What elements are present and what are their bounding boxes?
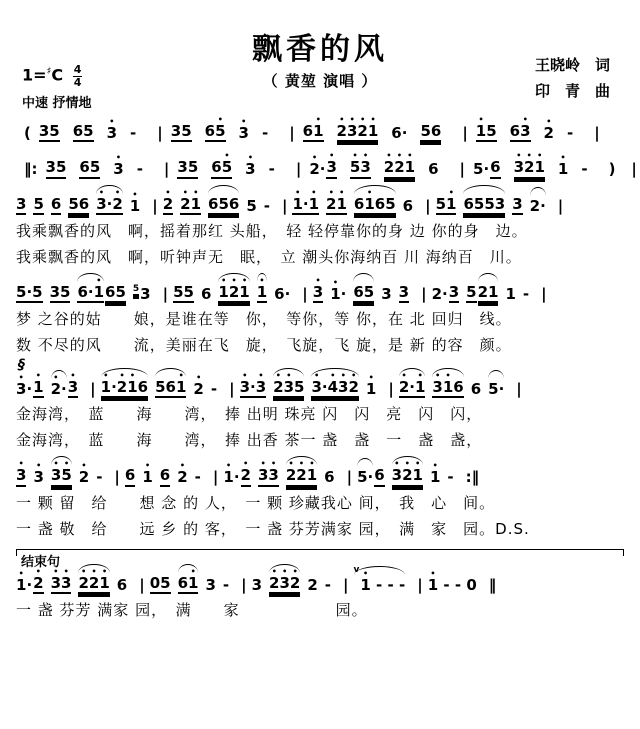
note-group: •-	[325, 570, 331, 594]
note-group: •6	[374, 460, 384, 486]
note-group: •5•6•1	[155, 372, 186, 398]
note-glyph: 1	[313, 123, 323, 140]
note-group: •2•2•1	[78, 568, 109, 594]
note-glyph: 6	[77, 284, 87, 301]
note-glyph: 3	[177, 159, 187, 176]
barline: •|	[558, 191, 563, 215]
note-glyph: 5	[33, 196, 43, 213]
note-glyph: 3	[495, 196, 505, 213]
barline: •|	[425, 191, 430, 215]
note-group: •-	[96, 462, 102, 486]
note-glyph: 6	[354, 196, 364, 213]
note-group: •2•3•2	[269, 568, 300, 594]
note-group: •-	[137, 154, 143, 178]
note-glyph: |	[296, 161, 301, 178]
notes-line: •3•3•3•5•2•-•|•6•1•6•2•-•|•1•·•2•3•3•2•2…	[16, 460, 624, 486]
note-glyph: 2	[33, 575, 43, 592]
note-glyph: 3	[96, 196, 106, 213]
note-glyph: 6	[117, 577, 127, 594]
note-glyph: 5	[16, 284, 26, 301]
note-glyph: 3	[140, 286, 150, 303]
note-glyph: -	[211, 381, 217, 398]
note-glyph: |	[347, 469, 352, 486]
note-glyph: 6	[229, 196, 239, 213]
note-glyph: 5	[215, 123, 225, 140]
note-glyph: 2	[180, 196, 190, 213]
note-group: •5	[246, 191, 256, 215]
note-glyph: 6	[403, 198, 413, 215]
note-group: •3•2•1	[392, 460, 423, 486]
note-glyph: ·	[61, 381, 67, 398]
note-group: •5•1	[436, 189, 457, 215]
note-glyph: 2	[177, 469, 187, 486]
barline: •|	[229, 374, 234, 398]
note-glyph: 0	[466, 577, 476, 594]
note-group: •1	[505, 279, 515, 303]
note-glyph: |	[516, 381, 521, 398]
header: 飘香的风 （ 黄堃 演唱 ） 王晓岭 词 印 青 曲 1=♯C 4 4 中速 抒…	[0, 0, 640, 114]
note-group: •5•·	[488, 374, 504, 398]
note-glyph: 6	[453, 379, 463, 396]
note-group: •5•6	[420, 116, 441, 142]
note-glyph: 6	[205, 123, 215, 140]
note-group: •6	[490, 152, 500, 178]
note-glyph: |	[163, 286, 168, 303]
note-glyph: 1	[505, 286, 515, 303]
barline: •|	[289, 118, 294, 142]
note-glyph: 6	[201, 286, 211, 303]
note-group: •2	[193, 374, 203, 398]
note-group: •6•5•5•3	[463, 189, 505, 215]
note-group: •-	[581, 154, 587, 178]
note-glyph: 1	[292, 196, 302, 213]
lyric-line: 一 颗 留 给 想 念 的 人， 一 颗 珍藏我心 间， 我 心 间。	[16, 492, 624, 513]
note-group: •1•·•1	[292, 189, 319, 215]
note-glyph: 3	[240, 379, 250, 396]
barline: •|	[157, 118, 162, 142]
note-group: •6•3	[510, 116, 531, 142]
note-group: •3	[205, 570, 215, 594]
notes-line: •5•·•5•3•5•6•·•1•6•5•5•3•|•5•5•6•1•2•1•1…	[16, 277, 624, 303]
grace-note: •5	[133, 278, 139, 296]
note-group: v•1• •-• •-• •-	[354, 570, 406, 594]
note-glyph: 2	[117, 379, 127, 396]
note-group: •3•·•4•3•2	[311, 372, 358, 398]
note-group: •6•5	[105, 277, 126, 303]
note-group: •2	[241, 460, 251, 486]
note-glyph: |	[460, 161, 465, 178]
note-group: •2	[163, 189, 173, 215]
note-group: •-	[264, 191, 270, 215]
note-glyph: 3	[113, 161, 123, 178]
note-glyph: 1	[405, 159, 415, 176]
note-group: •2•·	[309, 154, 325, 178]
note-glyph: |	[164, 161, 169, 178]
note-group: •6	[428, 154, 438, 178]
note-glyph: 5	[56, 159, 66, 176]
note-group: •1•2•1	[218, 277, 249, 303]
note-glyph: -	[137, 161, 143, 178]
barline: •(	[24, 118, 31, 142]
barline: •:•‖	[466, 462, 480, 486]
note-glyph: 3	[347, 123, 357, 140]
note-glyph: -	[325, 577, 331, 594]
note-glyph: 6	[208, 196, 218, 213]
note-glyph: 5	[420, 123, 430, 140]
music-system: §•3•·•1•2•·•3•|•1•·•2•1•6•5•6•1•2•-•|•3•…	[16, 372, 624, 450]
breath-mark-icon: v	[354, 565, 360, 575]
note-glyph: 1	[534, 159, 544, 176]
barline: •|	[90, 374, 95, 398]
barline: •‖•:	[24, 154, 38, 178]
note-glyph: 3	[16, 196, 26, 213]
note-glyph: 3	[311, 379, 321, 396]
note-glyph: 3	[279, 575, 289, 592]
note-glyph: 1	[101, 379, 111, 396]
note-group: •2•1	[326, 189, 347, 215]
note-glyph: 2	[402, 467, 412, 484]
note-glyph: 2	[79, 469, 89, 486]
note-glyph: 6	[79, 159, 89, 176]
note-glyph: 1	[428, 577, 438, 594]
lyric-line: 金海湾， 蓝 海 湾， 捧 出香 茶一 盏 盏 一 盏 盏，	[16, 429, 624, 450]
note-glyph: 3	[360, 159, 370, 176]
music-system: •‖•:•3•5•6•5•3•-•|•3•5•6•5•3•-•|•2•·•3•5…	[16, 152, 624, 178]
note-glyph: 1	[364, 196, 374, 213]
note-glyph: 3	[205, 577, 215, 594]
note-glyph: 4	[328, 379, 338, 396]
note-glyph: 6	[510, 123, 520, 140]
note-group: •2	[79, 462, 89, 486]
note-glyph: 5	[90, 159, 100, 176]
note-group: •6•5	[205, 116, 226, 142]
barline: •|	[347, 462, 352, 486]
note-group: •-	[211, 374, 217, 398]
note-group: •1	[33, 372, 43, 398]
note-glyph: 5	[83, 123, 93, 140]
note-group: •3	[399, 277, 409, 303]
time-numerator: 4	[73, 64, 83, 77]
note-glyph: 3	[449, 284, 459, 301]
note-group: •1•·•2•1•6	[101, 372, 148, 398]
note-group: •-	[447, 462, 453, 486]
note-glyph: 6	[353, 284, 363, 301]
note-group: •1	[142, 462, 152, 486]
note-glyph: 2	[544, 125, 554, 142]
note-group: •2	[33, 568, 43, 594]
note-glyph: -	[447, 469, 453, 486]
note-glyph: |	[152, 198, 157, 215]
note-glyph: 1	[476, 123, 486, 140]
note-glyph: 6	[428, 161, 438, 178]
note-glyph: 6	[51, 196, 61, 213]
note-glyph: 1	[415, 379, 425, 396]
note-glyph: |	[558, 198, 563, 215]
note-glyph: 6	[431, 123, 441, 140]
music-system: 结束句•1•·•2•3•3•2•2•1•6•|•0•5•6•1•3•-•|•3•…	[16, 549, 624, 620]
note-group: •5•·•5	[16, 277, 43, 303]
note-glyph: ‖	[24, 161, 32, 178]
note-group: •6	[51, 189, 61, 215]
note-group: •3	[16, 460, 26, 486]
note-glyph: 3	[284, 379, 294, 396]
time-signature: 4 4	[73, 64, 83, 88]
note-glyph: 5	[133, 285, 139, 294]
note-glyph: 1	[446, 196, 456, 213]
note-group: •-	[269, 154, 275, 178]
note-glyph: 5	[466, 284, 476, 301]
note-glyph: 1	[368, 123, 378, 140]
note-group: •3	[313, 277, 323, 303]
note-glyph: 1	[176, 379, 186, 396]
note-glyph: 6	[274, 286, 284, 303]
note-group: •3•2•1	[514, 152, 545, 178]
music-system: •3•5•6•5•6•3•·•2•1•|•2•2•1•6•5•6•5•-•|•1…	[16, 189, 624, 267]
note-group: •2•2•1	[384, 152, 415, 178]
note-glyph: ‖	[489, 577, 497, 594]
note-group: •3•·•2	[96, 189, 123, 215]
barline: •|	[594, 118, 599, 142]
note-glyph: 1	[413, 467, 423, 484]
note-glyph: 6	[166, 379, 176, 396]
note-glyph: |	[343, 577, 348, 594]
note-glyph: 2	[307, 577, 317, 594]
barline: •|	[163, 279, 168, 303]
note-group: •3	[113, 154, 123, 178]
note-glyph: 2	[89, 575, 99, 592]
note-glyph: 3	[50, 284, 60, 301]
note-glyph: 5	[68, 196, 78, 213]
note-glyph: |	[114, 469, 119, 486]
lyric-line: 梦 之谷的姑 娘，是谁在等 你， 等你，等 你，在 北 回归 线。	[16, 308, 624, 329]
note-glyph: 6	[211, 159, 221, 176]
note-glyph: ·	[368, 469, 374, 486]
note-glyph: 1	[309, 196, 319, 213]
barline: •|	[460, 154, 465, 178]
note-glyph: 2	[290, 575, 300, 592]
notes-line: •3•·•1•2•·•3•|•1•·•2•1•6•5•6•1•2•-•|•3•·…	[16, 372, 624, 398]
note-group: •2	[177, 462, 187, 486]
note-glyph: 5	[486, 123, 496, 140]
note-glyph: 3	[256, 379, 266, 396]
credits: 王晓岭 词 印 青 曲	[535, 52, 610, 105]
note-glyph: 6	[125, 467, 135, 484]
note-glyph: 5	[474, 196, 484, 213]
note-group: •3	[33, 462, 43, 486]
note-glyph: 5	[160, 575, 170, 592]
note-group: •3•5	[51, 460, 72, 486]
note-group: •6	[471, 374, 481, 398]
note-group: •6	[160, 460, 170, 486]
note-glyph: ·	[26, 577, 32, 594]
lyric-line: 我乘飘香的风 啊，摇着那红 头船， 轻 轻停靠你的身 边 你的身 边。	[16, 220, 624, 241]
note-glyph: 2	[394, 159, 404, 176]
note-glyph: 1	[223, 469, 233, 486]
note-group: •3•5	[50, 277, 71, 303]
note-group: •2	[544, 118, 554, 142]
note-group: •-	[130, 118, 136, 142]
barline: •|	[282, 191, 287, 215]
note-group: •3•3	[258, 460, 279, 486]
note-glyph: 3	[16, 467, 26, 484]
note-group: •6	[201, 279, 211, 303]
note-glyph: 5	[350, 159, 360, 176]
note-glyph: 1	[336, 196, 346, 213]
note-glyph: 5	[294, 379, 304, 396]
key-letter: C	[51, 66, 63, 85]
note-glyph: |	[462, 125, 467, 142]
note-glyph: 3	[381, 286, 391, 303]
note-group: •2•·	[51, 374, 67, 398]
note-glyph: -	[262, 125, 268, 142]
note-glyph: -	[523, 286, 529, 303]
note-group: •2•·	[432, 279, 448, 303]
note-group: •6•·•1	[77, 277, 104, 303]
note-glyph: 3	[252, 577, 262, 594]
note-glyph: 2	[384, 159, 394, 176]
note-glyph: 2	[193, 381, 203, 398]
note-group: •3	[239, 118, 249, 142]
note-group: •3	[107, 118, 117, 142]
note-glyph: -	[130, 125, 136, 142]
note-glyph: 2	[269, 575, 279, 592]
note-group: •2•1	[478, 277, 499, 303]
note-glyph: -	[567, 125, 573, 142]
note-glyph: ·	[26, 381, 32, 398]
note-glyph: 3	[16, 381, 26, 398]
note-glyph: 2	[163, 196, 173, 213]
note-group: •3•3	[51, 568, 72, 594]
note-glyph: 5	[222, 159, 232, 176]
score: •(•3•5•6•5•3•-•|•3•5•6•5•3•-•|•6•1•2•3•2…	[0, 114, 640, 620]
note-group: •3•5	[177, 152, 198, 178]
note-glyph: 2	[51, 381, 61, 398]
note-glyph: 5	[218, 196, 228, 213]
note-glyph: 5	[49, 123, 59, 140]
note-glyph: -	[269, 161, 275, 178]
note-group: •2•1	[180, 189, 201, 215]
note-group: •6•5	[211, 152, 232, 178]
note-group: •6•1	[178, 568, 199, 594]
note-glyph: ·	[234, 469, 240, 486]
note-group: •3•5	[171, 116, 192, 142]
note-glyph: 1	[366, 381, 376, 398]
key-prefix: 1=	[22, 66, 47, 85]
barline: •|	[139, 570, 144, 594]
note-glyph: 2	[112, 196, 122, 213]
note-group: •3	[68, 372, 78, 398]
note-glyph: 5	[155, 379, 165, 396]
note-glyph: 2	[296, 467, 306, 484]
barline: •|	[388, 374, 393, 398]
note-group: •3	[449, 277, 459, 303]
note-glyph: 6	[463, 196, 473, 213]
note-glyph: 2	[530, 198, 540, 215]
note-group: •1•·	[16, 570, 32, 594]
note-glyph: 5	[246, 198, 256, 215]
note-glyph: 1	[191, 196, 201, 213]
note-glyph: |	[229, 381, 234, 398]
note-glyph: 1	[257, 284, 267, 301]
note-glyph: -	[264, 198, 270, 215]
barline: •|	[417, 570, 422, 594]
note-group: •1•5	[476, 116, 497, 142]
note-group: •3•5	[39, 116, 60, 142]
note-group: •-	[523, 279, 529, 303]
note-group: •3•·•3	[240, 372, 267, 398]
note-glyph: 1	[443, 379, 453, 396]
note-glyph: 3	[268, 467, 278, 484]
note-glyph: 1	[99, 575, 109, 592]
note-group: •2•3•5	[273, 372, 304, 398]
note-glyph: 6	[105, 284, 115, 301]
note-glyph: 2	[348, 379, 358, 396]
note-glyph: 5	[115, 284, 125, 301]
note-glyph: 6	[160, 467, 170, 484]
note-glyph: 3	[33, 469, 43, 486]
note-glyph: |	[241, 577, 246, 594]
note-group: •6•·	[391, 118, 407, 142]
note-glyph: 5	[173, 284, 183, 301]
note-group: •5•·	[473, 154, 489, 178]
music-system: •5•·•5•3•5•6•·•1•6•5•5•3•|•5•5•6•1•2•1•1…	[16, 277, 624, 355]
note-glyph: 6	[79, 196, 89, 213]
barline: •|	[631, 154, 636, 178]
note-glyph: 1	[188, 575, 198, 592]
note-glyph: 5	[32, 284, 42, 301]
note-glyph: 1	[16, 577, 26, 594]
note-glyph: |	[289, 125, 294, 142]
note-glyph: :	[32, 161, 38, 178]
notes-line: •‖•:•3•5•6•5•3•-•|•3•5•6•5•3•-•|•2•·•3•5…	[16, 152, 624, 178]
note-glyph: ·	[499, 381, 505, 398]
note-glyph: |	[425, 198, 430, 215]
note-glyph: 5	[181, 123, 191, 140]
barline: •|	[516, 374, 521, 398]
lyricist-credit: 王晓岭 词	[535, 52, 610, 78]
note-glyph: |	[90, 381, 95, 398]
note-glyph: ·	[402, 125, 408, 142]
barline: •|	[421, 279, 426, 303]
barline: •|	[462, 118, 467, 142]
note-group: •5	[33, 189, 43, 215]
note-glyph: ·	[483, 161, 489, 178]
note-glyph: 0	[150, 575, 160, 592]
note-group: •3	[140, 279, 150, 303]
note-group: •3	[252, 570, 262, 594]
barline: •|	[343, 570, 348, 594]
lyric-line: 我乘飘香的风 啊，听钟声无 眠， 立 潮头你海纳百 川 海纳百 川。	[16, 246, 624, 267]
note-group: •-	[262, 118, 268, 142]
note-glyph: 6	[391, 125, 401, 142]
note-glyph: 3	[392, 467, 402, 484]
lyric-line: 一 盏 敬 给 远 乡 的 客， 一 盏 芬芳满家 园， 满 家 园。D.S.	[16, 518, 624, 539]
note-glyph: |	[594, 125, 599, 142]
note-glyph: -	[223, 577, 229, 594]
composer-credit: 印 青 曲	[535, 78, 610, 104]
note-glyph: 3	[171, 123, 181, 140]
notes-line: •3•5•6•5•6•3•·•2•1•|•2•2•1•6•5•6•5•-•|•1…	[16, 189, 624, 215]
note-glyph: 1	[558, 161, 568, 178]
note-glyph: 6	[490, 159, 500, 176]
note-glyph: 2	[478, 284, 488, 301]
lyric-line: 一 盏 芬芳 满家 园， 满 家 园。	[16, 599, 624, 620]
barline: •|	[164, 154, 169, 178]
note-glyph: 3	[51, 575, 61, 592]
note-group: •0•5	[150, 568, 171, 594]
note-group: •6•1•6•5	[354, 189, 396, 215]
note-group: •1	[366, 374, 376, 398]
